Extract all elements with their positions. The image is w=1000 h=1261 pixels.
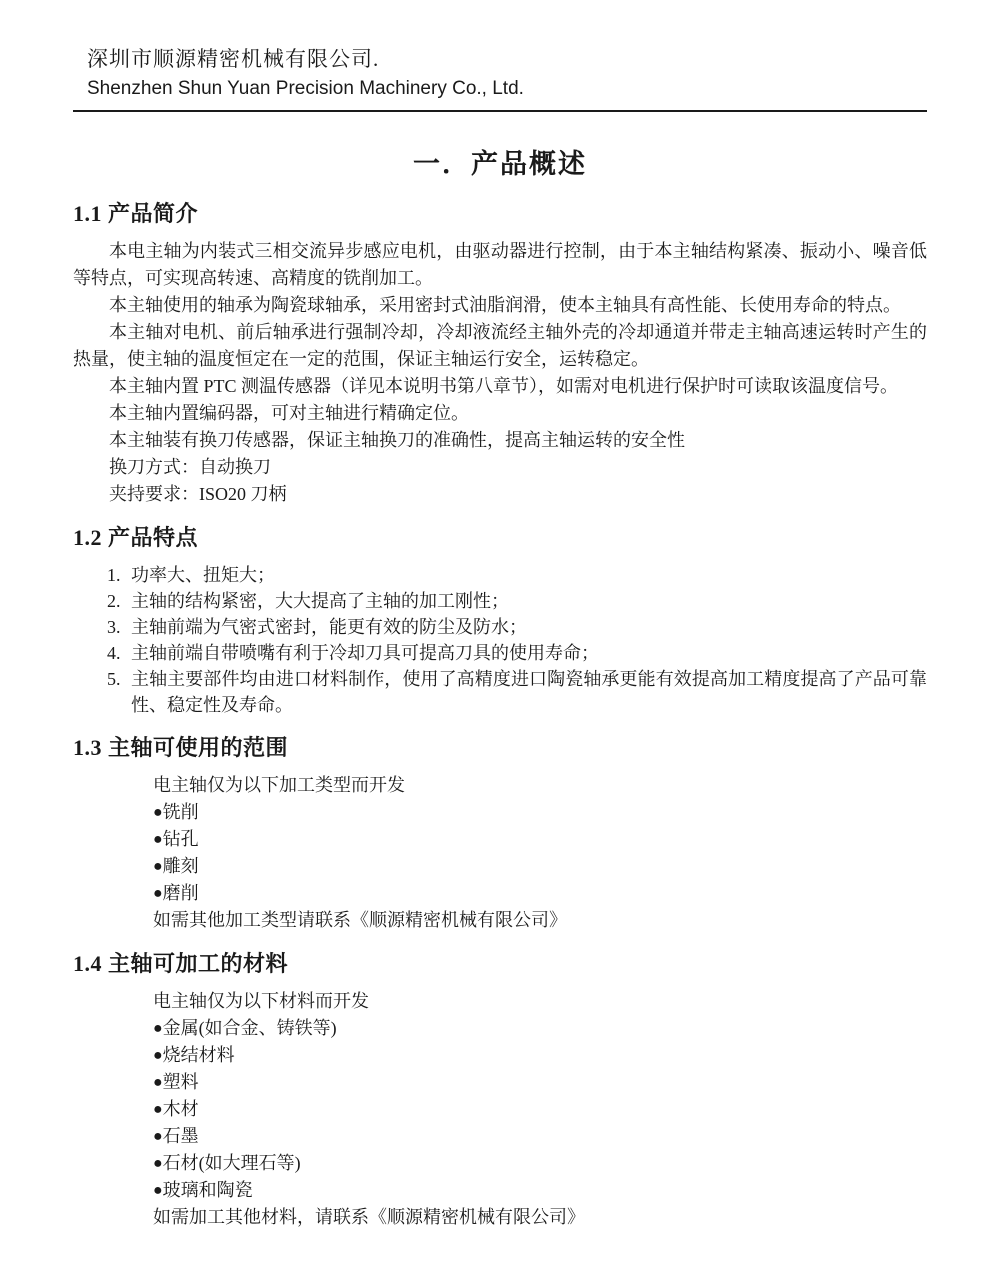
bullet-text: 钻孔 — [163, 829, 199, 849]
list-number: 3. — [107, 614, 131, 640]
list-number: 4. — [107, 640, 131, 666]
feature-list: 1. 功率大、扭矩大； 2. 主轴的结构紧密，大大提高了主轴的加工刚性； 3. … — [73, 562, 927, 718]
machining-types-block: 电主轴仅为以下加工类型而开发 ●铣削 ●钻孔 ●雕刻 ●磨削 如需其他加工类型请… — [73, 772, 927, 934]
feature-item: 1. 功率大、扭矩大； — [107, 562, 927, 588]
feature-text: 主轴前端自带喷嘴有利于冷却刀具可提高刀具的使用寿命； — [131, 640, 927, 666]
bullet-item: ●铣削 — [153, 799, 927, 826]
feature-item: 5. 主轴主要部件均由进口材料制作，使用了高精度进口陶瓷轴承更能有效提高加工精度… — [107, 666, 927, 718]
section-1-4-heading: 1.4 主轴可加工的材料 — [73, 948, 927, 980]
bullet-item: ●木材 — [153, 1096, 927, 1123]
bullet-icon: ● — [153, 1150, 163, 1177]
document-title: 一．产品概述 — [73, 146, 927, 182]
bullet-icon: ● — [153, 1177, 163, 1204]
tool-holder-line: 夹持要求：ISO20 刀柄 — [73, 481, 927, 508]
bullet-text: 塑料 — [163, 1072, 199, 1092]
bearing-paragraph: 本主轴使用的轴承为陶瓷球轴承，采用密封式油脂润滑，使本主轴具有高性能、长使用寿命… — [73, 292, 927, 319]
bullet-item: ●石材(如大理石等) — [153, 1150, 927, 1177]
company-header: 深圳市顺源精密机械有限公司. Shenzhen Shun Yuan Precis… — [73, 44, 927, 112]
feature-item: 4. 主轴前端自带喷嘴有利于冷却刀具可提高刀具的使用寿命； — [107, 640, 927, 666]
feature-text: 主轴主要部件均由进口材料制作，使用了高精度进口陶瓷轴承更能有效提高加工精度提高了… — [131, 666, 927, 718]
bullet-item: ●金属(如合金、铸铁等) — [153, 1015, 927, 1042]
bullet-item: ●烧结材料 — [153, 1042, 927, 1069]
bullet-text: 雕刻 — [163, 856, 199, 876]
list-number: 2. — [107, 588, 131, 614]
bullet-item: ●磨削 — [153, 880, 927, 907]
bullet-icon: ● — [153, 853, 163, 880]
feature-text: 功率大、扭矩大； — [131, 562, 927, 588]
list-number: 1. — [107, 562, 131, 588]
section-intro: 电主轴仅为以下材料而开发 — [153, 988, 927, 1015]
section-outro: 如需其他加工类型请联系《顺源精密机械有限公司》 — [153, 907, 927, 934]
bullet-icon: ● — [153, 880, 163, 907]
bullet-item: ●塑料 — [153, 1069, 927, 1096]
feature-item: 2. 主轴的结构紧密，大大提高了主轴的加工刚性； — [107, 588, 927, 614]
section-1-1-heading: 1.1 产品简介 — [73, 198, 927, 230]
bullet-icon: ● — [153, 1123, 163, 1150]
bullet-text: 石墨 — [163, 1126, 199, 1146]
company-name-chinese: 深圳市顺源精密机械有限公司. — [87, 44, 927, 74]
bullet-text: 铣削 — [163, 802, 199, 822]
section-1-3-heading: 1.3 主轴可使用的范围 — [73, 732, 927, 764]
feature-item: 3. 主轴前端为气密式密封，能更有效的防尘及防水； — [107, 614, 927, 640]
tool-change-sensor-paragraph: 本主轴装有换刀传感器，保证主轴换刀的准确性，提高主轴运转的安全性 — [73, 427, 927, 454]
bullet-text: 玻璃和陶瓷 — [163, 1180, 253, 1200]
bullet-item: ●雕刻 — [153, 853, 927, 880]
section-intro: 电主轴仅为以下加工类型而开发 — [153, 772, 927, 799]
header-divider — [73, 110, 927, 112]
section-1-2-heading: 1.2 产品特点 — [73, 522, 927, 554]
materials-block: 电主轴仅为以下材料而开发 ●金属(如合金、铸铁等) ●烧结材料 ●塑料 ●木材 … — [73, 988, 927, 1231]
feature-text: 主轴的结构紧密，大大提高了主轴的加工刚性； — [131, 588, 927, 614]
bullet-icon: ● — [153, 1069, 163, 1096]
ptc-sensor-paragraph: 本主轴内置 PTC 测温传感器（详见本说明书第八章节），如需对电机进行保护时可读… — [73, 373, 927, 400]
bullet-item: ●玻璃和陶瓷 — [153, 1177, 927, 1204]
feature-text: 主轴前端为气密式密封，能更有效的防尘及防水； — [131, 614, 927, 640]
bullet-text: 金属(如合金、铸铁等) — [163, 1018, 337, 1038]
bullet-item: ●钻孔 — [153, 826, 927, 853]
bullet-icon: ● — [153, 1042, 163, 1069]
list-number: 5. — [107, 666, 131, 718]
company-name-english: Shenzhen Shun Yuan Precision Machinery C… — [87, 75, 927, 103]
section-outro: 如需加工其他材料，请联系《顺源精密机械有限公司》 — [153, 1204, 927, 1231]
cooling-paragraph: 本主轴对电机、前后轴承进行强制冷却，冷却液流经主轴外壳的冷却通道并带走主轴高速运… — [73, 319, 927, 373]
bullet-icon: ● — [153, 826, 163, 853]
document-page: 深圳市顺源精密机械有限公司. Shenzhen Shun Yuan Precis… — [0, 0, 1000, 1261]
bullet-text: 木材 — [163, 1099, 199, 1119]
bullet-text: 石材(如大理石等) — [163, 1153, 301, 1173]
bullet-icon: ● — [153, 1096, 163, 1123]
tool-change-mode-line: 换刀方式：自动换刀 — [73, 454, 927, 481]
bullet-text: 磨削 — [163, 883, 199, 903]
bullet-icon: ● — [153, 1015, 163, 1042]
bullet-item: ●石墨 — [153, 1123, 927, 1150]
encoder-paragraph: 本主轴内置编码器，可对主轴进行精确定位。 — [73, 400, 927, 427]
bullet-text: 烧结材料 — [163, 1045, 235, 1065]
intro-paragraph: 本电主轴为内装式三相交流异步感应电机，由驱动器进行控制，由于本主轴结构紧凑、振动… — [73, 238, 927, 292]
bullet-icon: ● — [153, 799, 163, 826]
